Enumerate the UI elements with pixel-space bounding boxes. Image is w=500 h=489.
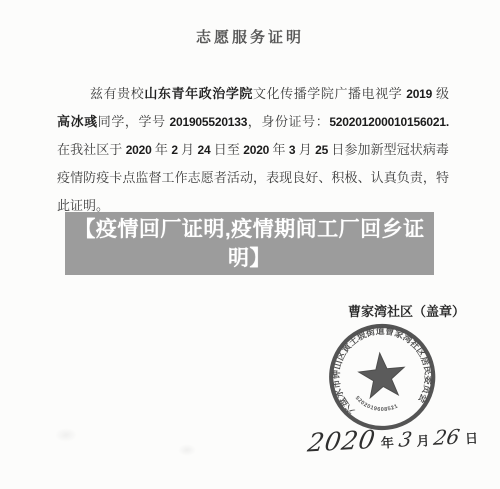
body-text-segment: 年 [152,142,172,157]
body-text-segment: 同学，学号 [98,114,170,129]
date-day: 26 [432,424,461,450]
seal-code: 5202019608521 [353,391,399,416]
body-text-segment: 兹有贵校 [90,86,144,101]
body-text-segment: 在我社区于 [57,142,126,157]
body-text-segment: 疫情防疫卡点监督工作志愿者活动，表现良好、积极、认真负责，特 [57,170,449,185]
body-text-segment: 山东青年政治学院 [144,86,253,101]
body-text-segment: ，身份证号： [247,114,329,129]
volunteer-certificate-photo: 志愿服务证明 兹有贵校山东青年政治学院文化传播学院广播电视学 2019 级高冰彧… [0,0,500,489]
body-paragraph: 兹有贵校山东青年政治学院文化传播学院广播电视学 2019 级高冰彧同学，学号 2… [57,80,449,220]
photo-smudge [55,428,77,442]
date-month-unit: 月 [416,430,430,450]
photo-smudge [178,444,196,456]
caption-line: 明】 [65,244,434,273]
body-text-segment: 520201200010156021. [329,115,449,129]
body-text-segment: 2020 [126,143,152,157]
body-line: 高冰彧同学，学号 201905520133，身份证号：5202012000101… [57,108,449,136]
body-text-segment: 25 [315,143,328,157]
body-text-segment: 日至 [210,142,243,157]
date-day-unit: 日 [464,428,478,448]
body-text-segment: 年 [269,142,289,157]
body-text-segment: 高冰彧 [57,114,98,129]
date-year: 2020 [306,425,378,458]
body-text-segment: 201905520133 [170,115,248,129]
caption-line: 【疫情回厂证明,疫情期间工厂回乡证 [65,215,434,244]
body-line: 在我社区于 2020 年 2 月 24 日至 2020 年 3 月 25 日参加… [57,136,449,164]
date-year-unit: 年 [380,432,394,452]
body-text-segment: 月 [178,142,198,157]
body-text-segment: 月 [295,142,315,157]
body-line: 兹有贵校山东青年政治学院文化传播学院广播电视学 2019 级 [57,80,449,108]
body-text-segment: 2019 [406,87,432,101]
body-text-segment: 日参加新型冠状病毒 [328,142,449,157]
body-text-segment: 文化传播学院广播电视学 [253,86,406,101]
body-line: 疫情防疫卡点监督工作志愿者活动，表现良好、积极、认真负责，特 [57,164,449,192]
caption-overlay-banner: 【疫情回厂证明,疫情期间工厂回乡证 明】 [65,212,434,275]
body-text-segment: 24 [198,143,211,157]
star-icon [357,351,407,399]
body-text-segment: 级 [432,86,449,101]
certificate-title: 志愿服务证明 [0,26,500,47]
body-text-segment: 2020 [243,143,269,157]
body-text-segment: 此证明。 [57,198,109,213]
date-month: 3 [397,427,414,452]
